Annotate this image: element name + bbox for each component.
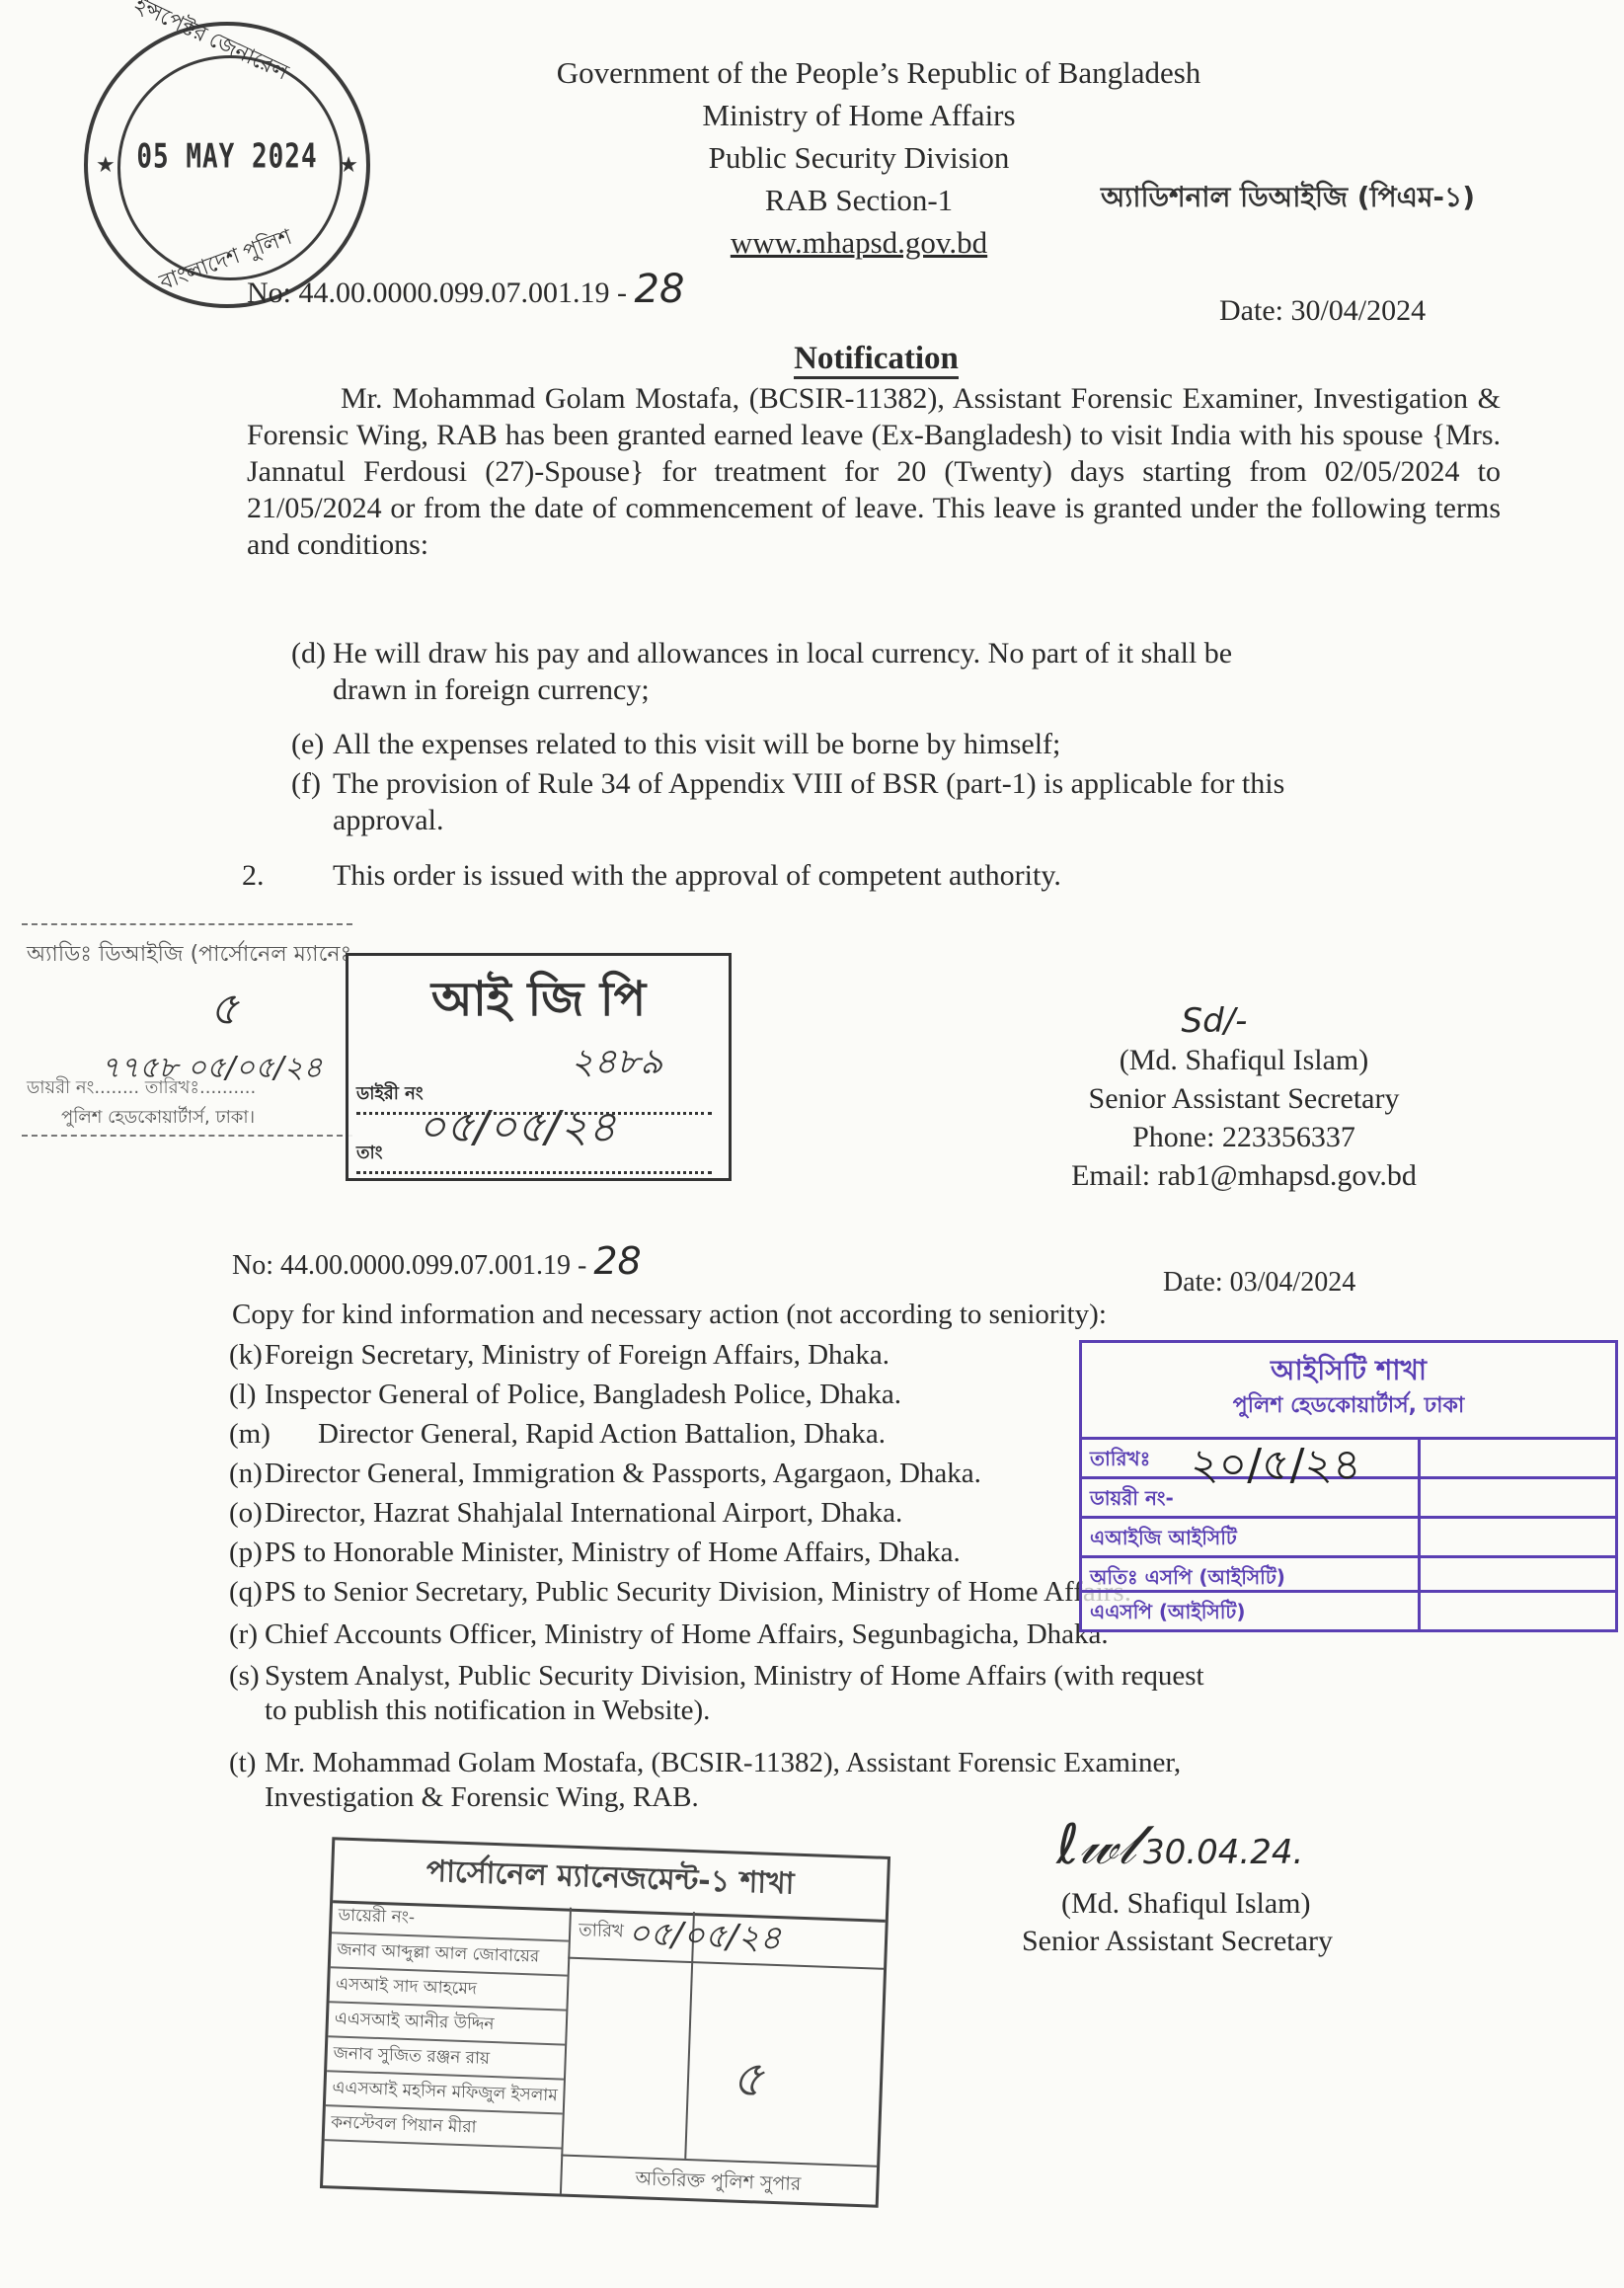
ict-branch-stamp: আইসিটি শাখা পুলিশ হেডকোয়ার্টার্স, ঢাকা … bbox=[1079, 1340, 1618, 1632]
signatory-designation: Senior Assistant Secretary bbox=[1017, 1923, 1431, 1960]
copy-ref-prefix: No: 44.00.0000.099.07.001.19 - bbox=[232, 1250, 593, 1281]
condition-text: The provision of Rule 34 of Appendix VII… bbox=[333, 767, 1284, 800]
copy-date: Date: 03/04/2024 bbox=[1163, 1267, 1355, 1299]
ict-stamp-subtitle: পুলিশ হেডকোয়ার্টার্স, ঢাকা bbox=[1082, 1388, 1615, 1425]
ict-divider bbox=[1418, 1439, 1421, 1629]
condition-text: All the expenses related to this visit w… bbox=[333, 728, 1060, 760]
condition-label: (f) bbox=[291, 765, 333, 802]
recipient-item: (t)Mr. Mohammad Golam Mostafa, (BCSIR-11… bbox=[229, 1746, 1503, 1815]
ict-row-aig: এআইজি আইসিটি bbox=[1082, 1516, 1418, 1555]
recipient-text: Director, Hazrat Shahjalal International… bbox=[265, 1497, 902, 1529]
ict-row-addl-sp: অতিঃ এসপি (আইসিটি) bbox=[1082, 1555, 1418, 1595]
memo-ref-handwritten: 28 bbox=[635, 267, 685, 312]
condition-label: (e) bbox=[291, 726, 333, 762]
recipient-label: (r) bbox=[229, 1617, 265, 1652]
ict-divider bbox=[1418, 1555, 1615, 1558]
signatory-name: (Md. Shafiqul Islam) bbox=[1017, 1885, 1431, 1923]
recipient-label: (o) bbox=[229, 1496, 265, 1531]
recipient-label: (p) bbox=[229, 1536, 265, 1570]
notification-body: Mr. Mohammad Golam Mostafa, (BCSIR-11382… bbox=[247, 380, 1501, 563]
pm-initial: ৫ bbox=[731, 2042, 765, 2125]
recipient-label: (n) bbox=[229, 1457, 265, 1491]
signatory-block-2: ℓ𝓌𝓁 30.04.24. (Md. Shafiqul Islam) Senio… bbox=[1017, 1827, 1431, 1960]
ict-row-asp: এএসপি (আইসিটি) bbox=[1082, 1590, 1418, 1629]
recipient-text: System Analyst, Public Security Division… bbox=[265, 1660, 1204, 1692]
header-division: Public Security Division bbox=[434, 136, 1283, 179]
ict-divider bbox=[1418, 1476, 1615, 1479]
ict-divider bbox=[1418, 1516, 1615, 1519]
memo-date: Date: 30/04/2024 bbox=[1219, 294, 1426, 328]
additional-dig-stamp: অ্যাডিশনাল ডিআইজি (পিএম-১) bbox=[1101, 176, 1475, 222]
igp-date-label: তাং bbox=[356, 1139, 712, 1174]
igp-received-stamp: আই জি পি ২৪৮৯ ডাইরী নং ০৫/০৫/২৪ তাং bbox=[346, 953, 732, 1181]
recipient-text: Director General, Immigration & Passport… bbox=[265, 1458, 981, 1489]
received-seal: ইন্সপেক্টর জেনারেল ★ 05 MAY 2024 ★ বাংলা… bbox=[84, 22, 370, 308]
recipient-label: (s) bbox=[229, 1659, 265, 1694]
recipient-label: (k) bbox=[229, 1338, 265, 1373]
recipient-text-cont: Investigation & Forensic Wing, RAB. bbox=[229, 1780, 1503, 1815]
ict-divider bbox=[1418, 1590, 1615, 1593]
handwritten-signature: ℓ𝓌𝓁 bbox=[1056, 1813, 1136, 1877]
condition-text-cont: approval. bbox=[291, 802, 1501, 838]
recipient-label: (t) bbox=[229, 1746, 265, 1780]
memo-reference: No: 44.00.0000.099.07.001.19 - 28 bbox=[247, 267, 684, 312]
notification-title-wrap: Notification bbox=[0, 341, 1624, 377]
recipient-label: (m) bbox=[229, 1417, 318, 1452]
stamp-footer: পুলিশ হেডকোয়ার্টার্স, ঢাকা। bbox=[61, 1103, 255, 1134]
signatory-designation: Senior Assistant Secretary bbox=[1037, 1079, 1451, 1118]
pm-stamp-rows: ডায়েরী নং- জনাব আব্দুল্লা আল জোবায়ের এ… bbox=[325, 1899, 570, 2149]
condition-label: (d) bbox=[291, 635, 333, 671]
copy-ref-handwritten: 28 bbox=[593, 1239, 641, 1283]
header-ministry: Ministry of Home Affairs bbox=[434, 94, 1283, 136]
notification-title: Notification bbox=[794, 341, 959, 379]
personnel-management-stamp: পার্সোনেল ম্যানেজমেন্ট-১ শাখা ডায়েরী নং… bbox=[320, 1837, 890, 2208]
header-government: Government of the People’s Republic of B… bbox=[434, 51, 1323, 94]
condition-text-cont: drawn in foreign currency; bbox=[291, 671, 1501, 708]
stamp-fields: ডায়রী নং........ তারিখঃ.......... bbox=[27, 1073, 256, 1104]
pm-stamp-footer: অতিরিক্ত পুলিশ সুপার bbox=[560, 2155, 877, 2205]
ict-date-handwritten: ২০/৫/২৪ bbox=[1191, 1432, 1361, 1504]
signatory-name: (Md. Shafiqul Islam) bbox=[1037, 1041, 1451, 1079]
signatory-block-1: Sd/- (Md. Shafiqul Islam) Senior Assista… bbox=[1037, 1002, 1451, 1195]
recipient-text: Mr. Mohammad Golam Mostafa, (BCSIR-11382… bbox=[265, 1747, 1181, 1778]
recipient-text: Director General, Rapid Action Battalion… bbox=[318, 1418, 886, 1450]
signatory-phone: Phone: 223356337 bbox=[1037, 1118, 1451, 1156]
recipient-text: Inspector General of Police, Bangladesh … bbox=[265, 1379, 901, 1410]
additional-dig-received-stamp: অ্যাডিঃ ডিআইজি (পার্সোনেল ম্যানেঃ ৫ ৭৭৫৮… bbox=[22, 923, 352, 1137]
paragraph-2: 2.This order is issued with the approval… bbox=[242, 859, 1061, 893]
copy-reference: No: 44.00.0000.099.07.001.19 - 28 bbox=[232, 1239, 642, 1283]
header-website-wrap: www.mhapsd.gov.bd bbox=[434, 221, 1283, 264]
stamp-mark: ৫ bbox=[209, 975, 239, 1050]
recipient-text: PS to Honorable Minister, Ministry of Ho… bbox=[265, 1537, 961, 1568]
ict-divider bbox=[1418, 1437, 1615, 1440]
paragraph-number: 2. bbox=[242, 859, 333, 893]
recipient-text-cont: to publish this notification in Website)… bbox=[229, 1694, 1503, 1728]
header-website-link[interactable]: www.mhapsd.gov.bd bbox=[731, 225, 987, 260]
signature-date: 30.04.24. bbox=[1143, 1833, 1303, 1872]
pm-row: কনস্টেবল পিয়ান মীরা bbox=[325, 2106, 563, 2149]
stamp-title: অ্যাডিঃ ডিআইজি (পার্সোনেল ম্যানেঃ bbox=[27, 937, 351, 974]
copy-intro: Copy for kind information and necessary … bbox=[232, 1299, 1107, 1331]
condition-item: (e)All the expenses related to this visi… bbox=[291, 726, 1501, 762]
igp-stamp-title: আই জি পি bbox=[348, 964, 729, 1042]
condition-item: (f)The provision of Rule 34 of Appendix … bbox=[291, 765, 1501, 838]
recipient-text: PS to Senior Secretary, Public Security … bbox=[265, 1576, 1131, 1608]
recipient-text: Foreign Secretary, Ministry of Foreign A… bbox=[265, 1339, 889, 1371]
recipient-item: (s)System Analyst, Public Security Divis… bbox=[229, 1659, 1503, 1728]
signature-sd: Sd/- bbox=[977, 1002, 1451, 1041]
paragraph-text: This order is issued with the approval o… bbox=[333, 859, 1061, 892]
signatory-email[interactable]: Email: rab1@mhapsd.gov.bd bbox=[1037, 1156, 1451, 1195]
condition-item: (d)He will draw his pay and allowances i… bbox=[291, 635, 1501, 708]
memo-ref-prefix: No: 44.00.0000.099.07.001.19 - bbox=[247, 276, 635, 309]
pm-date-handwritten: ০৫/০৫/২৪ bbox=[627, 1908, 782, 1969]
condition-text: He will draw his pay and allowances in l… bbox=[333, 637, 1232, 670]
seal-date: 05 MAY 2024 bbox=[88, 138, 366, 177]
recipient-text: Chief Accounts Officer, Ministry of Home… bbox=[265, 1618, 1109, 1650]
recipient-label: (l) bbox=[229, 1378, 265, 1412]
recipient-label: (q) bbox=[229, 1575, 265, 1610]
star-icon: ★ bbox=[339, 152, 358, 178]
pm-date-label: তারিখ bbox=[579, 1916, 625, 1948]
